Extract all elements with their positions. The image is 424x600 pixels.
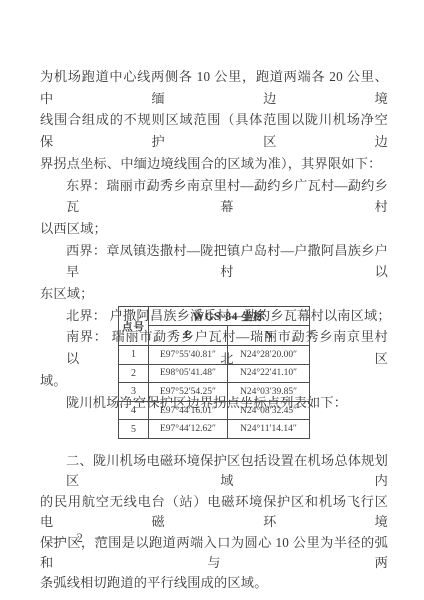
body-line: 二、陇川机场电磁环境保护区包括设置在机场总体规划区域内	[40, 451, 388, 492]
body-line: 线围合组成的不规则区域范围（具体范围以陇川机场净空保护区边	[40, 109, 388, 152]
east-coordinate-cell: E97°44′16.01″	[149, 401, 228, 420]
north-coordinate-cell: N24°11′14.14″	[228, 420, 310, 439]
table-row: 2 E98°05′41.48″ N24°22′41.10″	[119, 364, 310, 383]
point-number-cell: 1	[119, 346, 149, 365]
point-number-header: 点号	[119, 307, 149, 346]
document-page: 为机场跑道中心线两侧各 10 公里，跑道两端各 20 公里、中缅边境 线围合组成…	[0, 0, 424, 600]
table-row: 4 E97°44′16.01″ N24°08′32.45″	[119, 401, 310, 420]
north-coordinate-cell: N24°08′32.45″	[228, 401, 310, 420]
body-line: 条弧线相切跑道的平行线围成的区域。	[40, 573, 388, 593]
coordinate-table-container: 点号 WGS-84 坐标 E N 1 E97°55′40.81″ N24°28′…	[118, 306, 310, 439]
wgs84-header: WGS-84 坐标	[149, 307, 310, 326]
north-coordinate-cell: N24°22′41.10″	[228, 364, 310, 383]
body-line: 的民用航空无线电台（站）电磁环境保护区和机场飞行区电磁环境	[40, 492, 388, 533]
table-header-row-1: 点号 WGS-84 坐标	[119, 307, 310, 326]
east-coordinate-cell: E97°52′54.25″	[149, 383, 228, 402]
page-number: — 2 —	[52, 531, 109, 546]
point-number-cell: 5	[119, 420, 149, 439]
body-line: 东区域；	[40, 283, 388, 305]
north-column-header: N	[228, 326, 310, 346]
north-coordinate-cell: N24°28′20.00″	[228, 346, 310, 365]
east-coordinate-cell: E97°55′40.81″	[149, 346, 228, 365]
electromagnetic-zone-paragraph: 二、陇川机场电磁环境保护区包括设置在机场总体规划区域内 的民用航空无线电台（站）…	[40, 451, 388, 594]
east-coordinate-cell: E97°44′12.62″	[149, 420, 228, 439]
body-line: 界拐点坐标、中缅边境线围合的区域为准），其界限如下：	[40, 153, 388, 175]
body-line: 为机场跑道中心线两侧各 10 公里，跑道两端各 20 公里、中缅边境	[40, 66, 388, 109]
body-line-west-boundary: 西界：章凤镇迭撒村—陇把镇户岛村—户撒阿昌族乡户早村以	[40, 240, 388, 283]
east-column-header: E	[149, 326, 228, 346]
point-number-cell: 4	[119, 401, 149, 420]
body-line: 以西区域；	[40, 218, 388, 240]
table-row: 3 E97°52′54.25″ N24°03′39.85″	[119, 383, 310, 402]
body-line-east-boundary: 东界：瑞丽市勐秀乡南京里村—勐约乡广瓦村—勐约乡瓦幕村	[40, 175, 388, 218]
table-row: 1 E97°55′40.81″ N24°28′20.00″	[119, 346, 310, 365]
table-row: 5 E97°44′12.62″ N24°11′14.14″	[119, 420, 310, 439]
east-coordinate-cell: E98°05′41.48″	[149, 364, 228, 383]
wgs84-coordinate-table: 点号 WGS-84 坐标 E N 1 E97°55′40.81″ N24°28′…	[118, 306, 310, 439]
north-coordinate-cell: N24°03′39.85″	[228, 383, 310, 402]
point-number-cell: 2	[119, 364, 149, 383]
point-number-cell: 3	[119, 383, 149, 402]
